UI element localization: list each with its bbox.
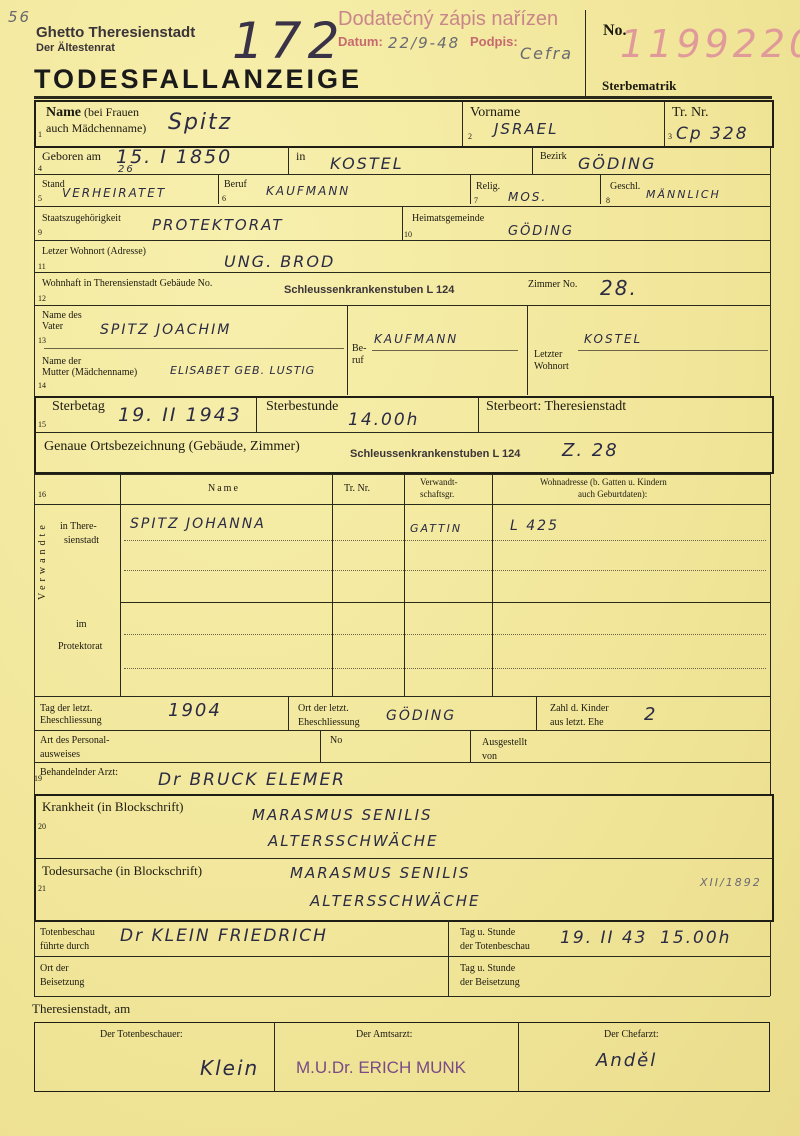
margin-note: XII/1892 [700, 876, 762, 889]
relative-relation: GATTIN [410, 522, 462, 535]
org-name: Ghetto Theresienstadt [36, 24, 195, 41]
sterbeort-label: Sterbeort: Theresienstadt [486, 400, 626, 413]
beisetzung-tag-label-2: der Beisetzung [460, 976, 520, 989]
vater-label-2: Vater [42, 320, 63, 333]
trnr-value: Cp 328 [676, 124, 749, 144]
relative-name: SPITZ JOHANNA [130, 516, 266, 532]
group1-label-2: sienstadt [64, 534, 99, 547]
eltern-beruf-value: KAUFMANN [374, 332, 458, 346]
register-number: 1199220 [620, 22, 800, 66]
ort-label: Genaue Ortsbezeichnung (Gebäude, Zimmer) [44, 440, 300, 453]
field-num: 14 [38, 381, 46, 390]
heirat-tag-value: 1904 [168, 700, 222, 721]
mutter-label-2: Mutter (Mädchenname) [42, 366, 137, 379]
col-verw-header-2: schaftsgr. [420, 488, 454, 501]
sterbetag-value: 19. II 1943 [118, 404, 242, 426]
kinder-label: Zahl d. Kinder [550, 702, 609, 715]
field-num: 8 [606, 196, 610, 205]
col-name-header: Name [208, 482, 240, 495]
group2-label-2: Protektorat [58, 640, 102, 653]
field-num: 19 [34, 774, 42, 783]
sterbestunde-value: 14.00h [348, 410, 419, 430]
kinder-value: 2 [644, 704, 657, 725]
beisetzung-ort-label-2: Beisetzung [40, 976, 84, 989]
vater-value: SPITZ JOACHIM [100, 322, 231, 338]
vorname-value: JSRAEL [494, 120, 558, 138]
totenbeschauer-label: Der Totenbeschauer: [100, 1028, 183, 1041]
place-date-label: Theresienstadt, am [32, 1002, 130, 1015]
group2-label: im [76, 618, 87, 631]
name-sublabel: auch Mädchenname) [46, 122, 146, 135]
geboren-label: Geboren am [42, 150, 101, 163]
name-label: Name (bei Frauen [46, 106, 139, 119]
arzt-value: Dr BRUCK ELEMER [158, 770, 346, 790]
todesursache-line1: MARASMUS SENILIS [290, 864, 471, 882]
bezirk-label: Bezirk [540, 150, 567, 163]
field-num: 16 [38, 490, 46, 499]
col-trnr-header: Tr. Nr. [344, 482, 370, 495]
bezirk-value: GÖDING [578, 154, 656, 173]
heirat-ort-label: Ort der letzt. [298, 702, 349, 715]
amtsarzt-stamp: M.U.Dr. ERICH MUNK [296, 1058, 466, 1078]
amtsarzt-label: Der Amtsarzt: [356, 1028, 412, 1041]
corner-note: 56 [8, 8, 31, 26]
birthplace-value: KOSTEL [330, 154, 404, 173]
beruf-value: KAUFMANN [266, 184, 350, 198]
heirat-tag-label-2: Eheschliessung [40, 714, 102, 727]
field-num: 4 [38, 164, 42, 173]
ausgestellt-label: Ausgestellt [482, 736, 527, 749]
field-num: 10 [404, 230, 412, 239]
heirat-ort-value: GÖDING [386, 708, 456, 724]
arzt-label: Behandelnder Arzt: [40, 766, 118, 779]
field-num: 13 [38, 336, 46, 345]
field-num: 2 [468, 132, 472, 141]
krankheit-line1: MARASMUS SENILIS [252, 806, 433, 824]
ort-stamp: Schleussenkrankenstuben L 124 [350, 448, 520, 460]
chefarzt-label: Der Chefarzt: [604, 1028, 659, 1041]
field-num: 15 [38, 420, 46, 429]
heirat-ort-label-2: Eheschliessung [298, 716, 360, 729]
datum-value: 22/9-48 [388, 34, 460, 52]
sterbestunde-label: Sterbestunde [266, 400, 338, 413]
ausweis-label: Art des Personal- [40, 734, 109, 747]
geschl-value: MÄNNLICH [646, 188, 721, 201]
totenbeschau-tag-label: Tag u. Stunde [460, 926, 515, 939]
field-num: 9 [38, 228, 42, 237]
in-label: in [296, 150, 305, 163]
beisetzung-tag-label: Tag u. Stunde [460, 962, 515, 975]
field-num: 5 [38, 194, 42, 203]
ort-value: Z. 28 [562, 440, 619, 461]
podpis-label: Podpis: [470, 34, 518, 49]
field-num: 11 [38, 262, 46, 271]
mutter-value: ELISABET GEB. LUSTIG [170, 364, 315, 377]
beruf-label: Beruf [224, 178, 247, 191]
heimat-value: GÖDING [508, 224, 574, 239]
field-num: 21 [38, 884, 46, 893]
field-num: 6 [222, 194, 226, 203]
relative-address: L 425 [510, 518, 559, 534]
beisetzung-ort-label: Ort der [40, 962, 69, 975]
col-addr-header-2: auch Geburtdaten): [578, 488, 647, 501]
stand-value: VERHEIRATET [62, 186, 166, 200]
chefarzt-signature: Anděl [596, 1050, 657, 1071]
ausweis-no-label: No [330, 734, 342, 747]
sterbematrik-label: Sterbematrik [602, 78, 676, 94]
red-stamp: Dodatečný zápis nařízen [338, 8, 558, 31]
todesursache-label: Todesursache (in Blockschrift) [42, 864, 202, 877]
totenbeschau-value: Dr KLEIN FRIEDRICH [120, 926, 328, 946]
totenbeschau-time: 15.00h [660, 928, 731, 948]
zimmer-value: 28. [600, 276, 638, 300]
totenbeschau-tag-label-2: der Totenbeschau [460, 940, 530, 953]
relig-value: MOS. [508, 190, 547, 204]
page-number: 172 [232, 12, 345, 70]
sterbetag-label: Sterbetag [52, 400, 105, 413]
field-num: 1 [38, 130, 42, 139]
verwandte-side-label: Verwandte [36, 521, 49, 600]
vorname-label: Vorname [470, 106, 520, 119]
eltern-beruf-label-2: ruf [352, 354, 364, 367]
name-value: Spitz [168, 110, 232, 135]
heimat-label: Heimatsgemeinde [412, 212, 484, 225]
geschl-label: Geschl. [610, 180, 640, 193]
eltern-wohnort-value: KOSTEL [584, 332, 642, 346]
totenbeschauer-signature: Klein [200, 1056, 259, 1080]
org-subname: Der Ältestenrat [36, 42, 115, 54]
group1-label: in There- [60, 520, 97, 533]
todesursache-line2: ALTERSSCHWÄCHE [310, 892, 481, 910]
totenbeschau-label: Totenbeschau [40, 926, 95, 939]
wohnort-label: Letzer Wohnort (Adresse) [42, 245, 146, 258]
podpis-signature: Cefra [520, 44, 573, 63]
krankheit-line2: ALTERSSCHWÄCHE [268, 832, 439, 850]
zimmer-label: Zimmer No. [528, 278, 577, 291]
field-num: 3 [668, 132, 672, 141]
field-num: 12 [38, 294, 46, 303]
totenbeschau-date: 19. II 43 [560, 928, 648, 948]
wohnort-value: UNG. BROD [224, 252, 335, 271]
datum-label: Datum: [338, 34, 383, 49]
relig-label: Relig. [476, 180, 500, 193]
wohnhaft-stamp: Schleussenkrankenstuben L 124 [284, 284, 454, 296]
staats-value: PROTEKTORAT [152, 216, 283, 234]
staats-label: Staatszugehörigkeit [42, 212, 121, 225]
field-num: 20 [38, 822, 46, 831]
field-num: 7 [474, 196, 478, 205]
trnr-label: Tr. Nr. [672, 106, 708, 119]
wohnhaft-label: Wohnhaft in Therensienstadt Gebäude No. [42, 277, 212, 290]
eltern-wohnort-label-2: Wohnort [534, 360, 569, 373]
krankheit-label: Krankheit (in Blockschrift) [42, 800, 184, 813]
kinder-label-2: aus letzt. Ehe [550, 716, 604, 729]
ausweis-label-2: ausweises [40, 748, 80, 761]
totenbeschau-label-2: führte durch [40, 940, 89, 953]
